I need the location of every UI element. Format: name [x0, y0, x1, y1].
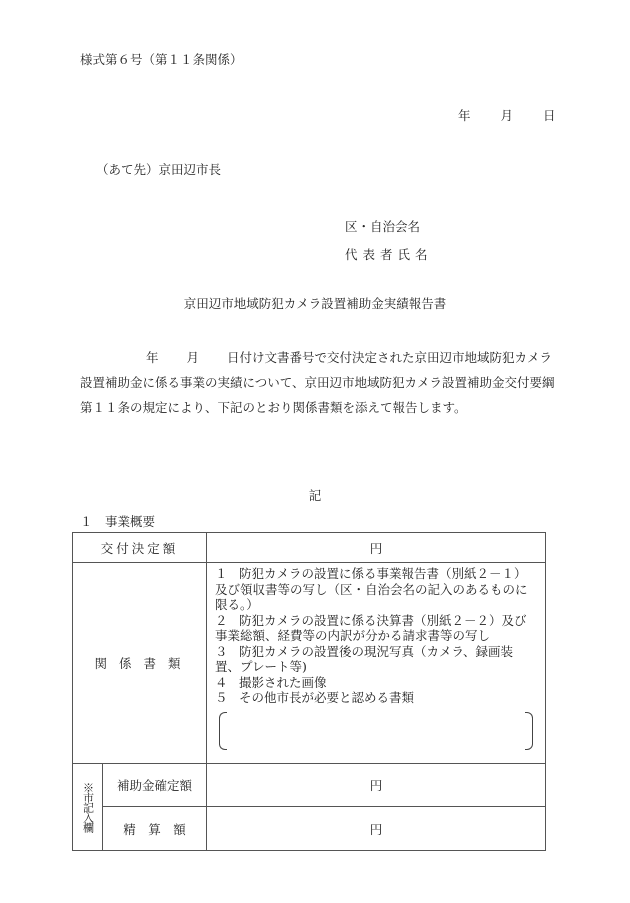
table-row-documents: 関 係 書 類 １防犯カメラの設置に係る事業報告書（別紙２－１）及び領収書等の写… — [73, 563, 546, 764]
grant-decision-label: 交付決定額 — [73, 533, 207, 563]
document-item-1: １防犯カメラの設置に係る事業報告書（別紙２－１）及び領収書等の写し（区・自治会名… — [215, 566, 537, 613]
body-month-label: 月 — [187, 350, 200, 365]
document-item-2: ２防犯カメラの設置に係る決算書（別紙２－２）及び事業総額、経費等の内訳が分かる請… — [215, 613, 537, 644]
ki-marker: 記 — [0, 486, 630, 504]
settlement-amount-cell[interactable]: 円 — [207, 807, 546, 851]
summary-table: 交付決定額 円 関 係 書 類 １防犯カメラの設置に係る事業報告書（別紙２－１）… — [72, 532, 546, 851]
date-year-label: 年 — [458, 106, 471, 124]
other-documents-bracket-field[interactable] — [219, 712, 533, 750]
addressee: （あて先）京田辺市長 — [96, 160, 221, 178]
date-month-label: 月 — [501, 106, 514, 124]
org-name-label: 区・自治会名 — [345, 213, 433, 241]
document-title: 京田辺市地域防犯カメラ設置補助金実績報告書 — [0, 294, 630, 312]
settlement-amount-unit: 円 — [370, 822, 383, 837]
grant-decision-amount-cell[interactable]: 円 — [207, 533, 546, 563]
city-use-label: ※市記入欄 — [82, 782, 94, 832]
confirmed-amount-label: 補助金確定額 — [103, 764, 207, 807]
table-row-confirmed-amount: ※市記入欄 補助金確定額 円 — [73, 764, 546, 807]
documents-label: 関 係 書 類 — [73, 563, 207, 764]
document-item-5: ５その他市長が必要と認める書類 — [215, 690, 537, 706]
documents-list-cell: １防犯カメラの設置に係る事業報告書（別紙２－１）及び領収書等の写し（区・自治会名… — [207, 563, 546, 764]
grant-decision-unit: 円 — [370, 541, 383, 556]
confirmed-amount-unit: 円 — [370, 778, 383, 793]
table-row-settlement-amount: 精 算 額 円 — [73, 807, 546, 851]
sender-block: 区・自治会名 代表者氏名 — [345, 213, 433, 269]
form-number: 様式第６号（第１１条関係） — [80, 50, 243, 68]
left-bracket-icon — [219, 712, 227, 750]
table-row-grant-decision: 交付決定額 円 — [73, 533, 546, 563]
settlement-amount-label: 精 算 額 — [103, 807, 207, 851]
document-item-4: ４撮影された画像 — [215, 675, 537, 691]
date-day-label: 日 — [543, 106, 556, 124]
body-paragraph: 年月日付け文書番号で交付決定された京田辺市地域防犯カメラ設置補助金に係る事業の実… — [80, 345, 555, 420]
right-bracket-icon — [525, 712, 533, 750]
confirmed-amount-cell[interactable]: 円 — [207, 764, 546, 807]
body-year-label: 年 — [146, 350, 159, 365]
representative-name-label: 代表者氏名 — [345, 241, 433, 269]
date-line: 年月日 — [458, 106, 556, 124]
section-heading: １ 事業概要 — [80, 512, 155, 530]
city-use-column: ※市記入欄 — [73, 764, 103, 851]
document-item-3: ３防犯カメラの設置後の現況写真（カメラ、録画装置、プレート等) — [215, 644, 537, 675]
